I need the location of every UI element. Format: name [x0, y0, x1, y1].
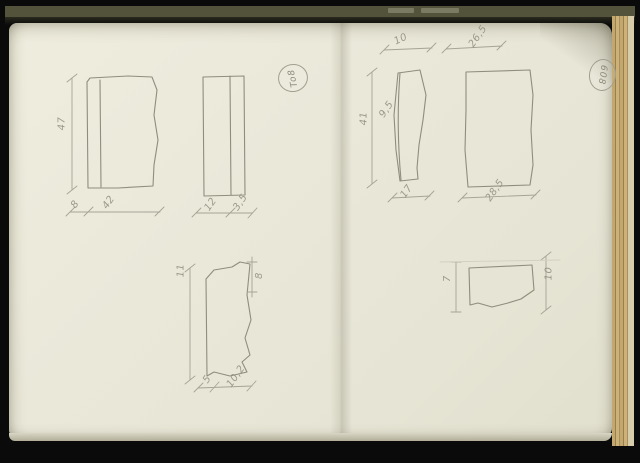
scanner-background-strip — [5, 6, 635, 17]
center-fold — [330, 23, 352, 437]
book-fore-edge-light — [628, 16, 634, 446]
dim-label-fragment-height: 41 — [358, 112, 369, 126]
dim-label-lowblock-left: 7 — [442, 275, 453, 282]
dim-label-block-height: 47 — [56, 117, 67, 131]
scanned-sketchbook-spread: 47 8 42 12 3,5 11 8 5 10,2 10 26,5 41 9,… — [0, 0, 640, 463]
notebook-paper — [9, 23, 612, 437]
illegible-label-mark — [388, 8, 414, 13]
dim-label-lowblock-right: 10 — [543, 267, 554, 281]
stamp-left-text: To8 — [286, 68, 300, 88]
dim-label-profile-height: 11 — [175, 264, 186, 278]
dim-label-profile-top: 8 — [254, 272, 265, 279]
bottom-page-edges — [9, 433, 612, 441]
stamp-right-text: 608 — [596, 64, 609, 85]
illegible-label-mark — [421, 8, 459, 13]
